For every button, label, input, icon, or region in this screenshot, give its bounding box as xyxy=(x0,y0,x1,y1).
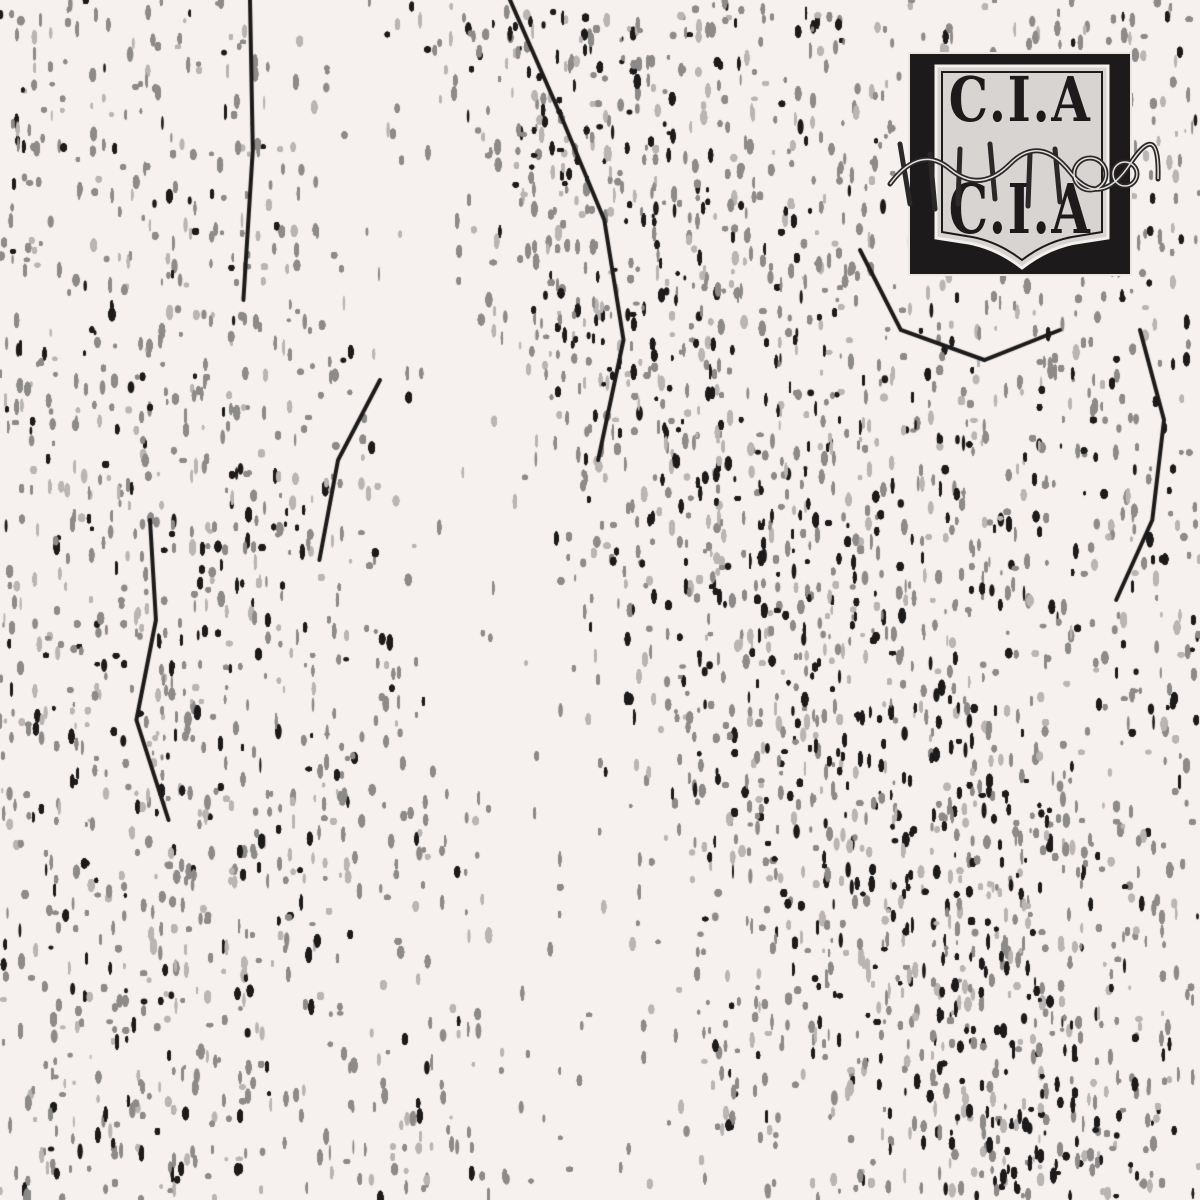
logo-scrawl-icon xyxy=(880,124,1164,214)
logo-top-text: C.I.A xyxy=(932,68,1108,132)
band-logo: C.I.A C.I.A xyxy=(908,52,1132,276)
